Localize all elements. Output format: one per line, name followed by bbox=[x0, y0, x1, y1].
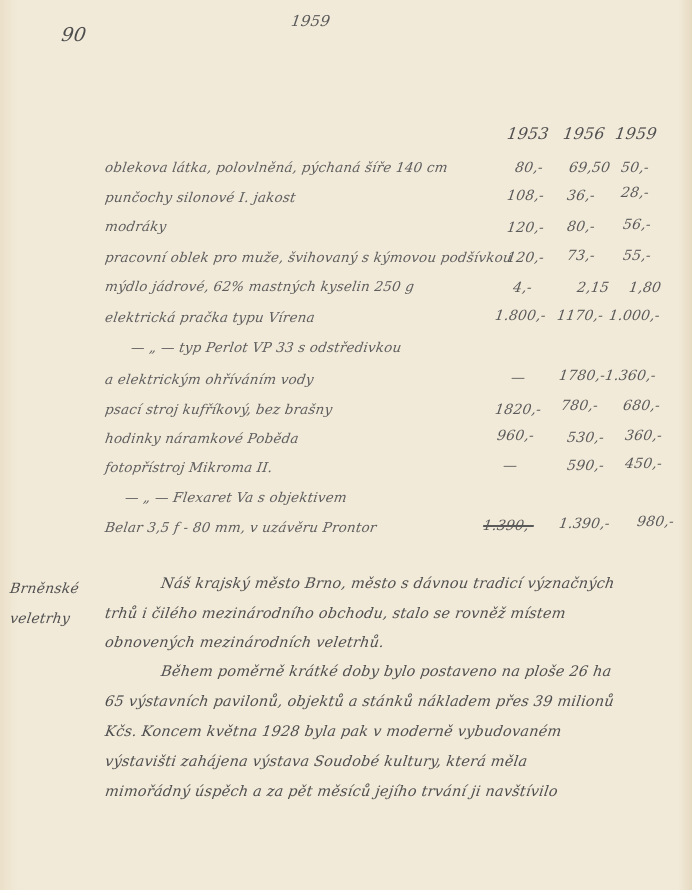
price-1956: 780,- bbox=[560, 398, 599, 414]
price-row-item: mýdlo jádrové, 62% mastných kyselin 250 … bbox=[104, 279, 415, 295]
price-1953: — bbox=[510, 370, 526, 386]
price-1959: 1.360,- bbox=[604, 368, 657, 384]
paragraph-line: Během poměrně krátké doby bylo postaveno… bbox=[160, 664, 613, 680]
margin-heading-line1: Brněnské bbox=[8, 574, 81, 604]
column-header-1959: 1959 bbox=[614, 124, 658, 143]
price-1953: — bbox=[502, 458, 518, 474]
paragraph-line: trhů i čilého mezinárodního obchodu, sta… bbox=[104, 606, 567, 622]
price-row-item: pracovní oblek pro muže, švihovaný s kým… bbox=[104, 250, 513, 266]
price-1956: 80,- bbox=[566, 219, 596, 235]
price-1953: 120,- bbox=[506, 220, 545, 236]
price-1956: 1170,- bbox=[556, 308, 604, 324]
price-1959: 28,- bbox=[620, 185, 650, 201]
price-row-item: punčochy silonové I. jakost bbox=[104, 190, 297, 206]
price-row-item: modráky bbox=[104, 219, 168, 235]
price-row-item: psací stroj kufříkový, bez brašny bbox=[104, 402, 333, 418]
manuscript-page: 90 1959 1953 1956 1959 oblekova látka, p… bbox=[0, 0, 692, 890]
price-row-item: elektrická pračka typu Vírena bbox=[104, 310, 316, 326]
price-row-item: fotopřístroj Mikroma II. bbox=[104, 460, 274, 476]
margin-heading-line2: veletrhy bbox=[8, 604, 72, 634]
page-year-header: 1959 bbox=[290, 12, 332, 30]
price-1956: 1780,- bbox=[558, 368, 606, 384]
price-1956: 590,- bbox=[566, 458, 605, 474]
price-1959: 55,- bbox=[622, 248, 652, 264]
price-1953: 1820,- bbox=[494, 402, 542, 418]
paragraph-line: výstavišti zahájena výstava Soudobé kult… bbox=[104, 754, 528, 770]
price-1959: 56,- bbox=[622, 217, 652, 233]
price-1959: 1,80 bbox=[628, 280, 662, 296]
paragraph-line: mimořádný úspěch a za pět měsíců jejího … bbox=[104, 784, 559, 800]
price-1953: 960,- bbox=[496, 428, 535, 444]
paragraph-line: obnovených mezinárodních veletrhů. bbox=[104, 635, 385, 651]
price-row-item: Belar 3,5 f - 80 mm, v uzávěru Prontor bbox=[104, 520, 378, 536]
price-1953: 108,- bbox=[506, 188, 545, 204]
price-1959: 680,- bbox=[622, 398, 661, 414]
price-1956: 69,50 bbox=[568, 160, 611, 176]
price-row-item: oblekova látka, polovlněná, pýchaná šíře… bbox=[104, 160, 449, 176]
price-1956: 36,- bbox=[566, 188, 596, 204]
price-1956: 530,- bbox=[566, 430, 605, 446]
price-1959: 1.000,- bbox=[608, 308, 661, 324]
price-1956: 73,- bbox=[566, 248, 596, 264]
price-1953-struck: 1.390,- bbox=[482, 518, 535, 534]
price-row-item: — „ — typ Perlot VP 33 s odstředivkou bbox=[130, 340, 403, 356]
price-row-item: hodinky náramkové Poběda bbox=[104, 431, 300, 447]
price-1953: 80,- bbox=[514, 160, 544, 176]
price-1956: 2,15 bbox=[576, 280, 610, 296]
price-1953: 4,- bbox=[512, 280, 533, 296]
paragraph-line: 65 výstavních pavilonů, objektů a stánků… bbox=[104, 694, 615, 710]
paragraph-line: Kčs. Koncem května 1928 byla pak v moder… bbox=[104, 724, 563, 740]
price-1959: 360,- bbox=[624, 428, 663, 444]
price-1953: 120,- bbox=[506, 250, 545, 266]
price-row-item: — „ — Flexaret Va s objektivem bbox=[124, 490, 348, 506]
price-1959: 450,- bbox=[624, 456, 663, 472]
paragraph-line: Náš krajský město Brno, město s dávnou t… bbox=[160, 576, 616, 592]
price-1956: 1.390,- bbox=[558, 516, 611, 532]
price-row-item: a elektrickým ohříváním vody bbox=[104, 372, 315, 388]
price-1953: 1.800,- bbox=[494, 308, 547, 324]
price-1959: 50,- bbox=[620, 160, 650, 176]
column-header-1953: 1953 bbox=[506, 124, 550, 143]
price-1959: 980,- bbox=[636, 514, 675, 530]
column-header-1956: 1956 bbox=[562, 124, 606, 143]
page-number: 90 bbox=[60, 24, 88, 46]
